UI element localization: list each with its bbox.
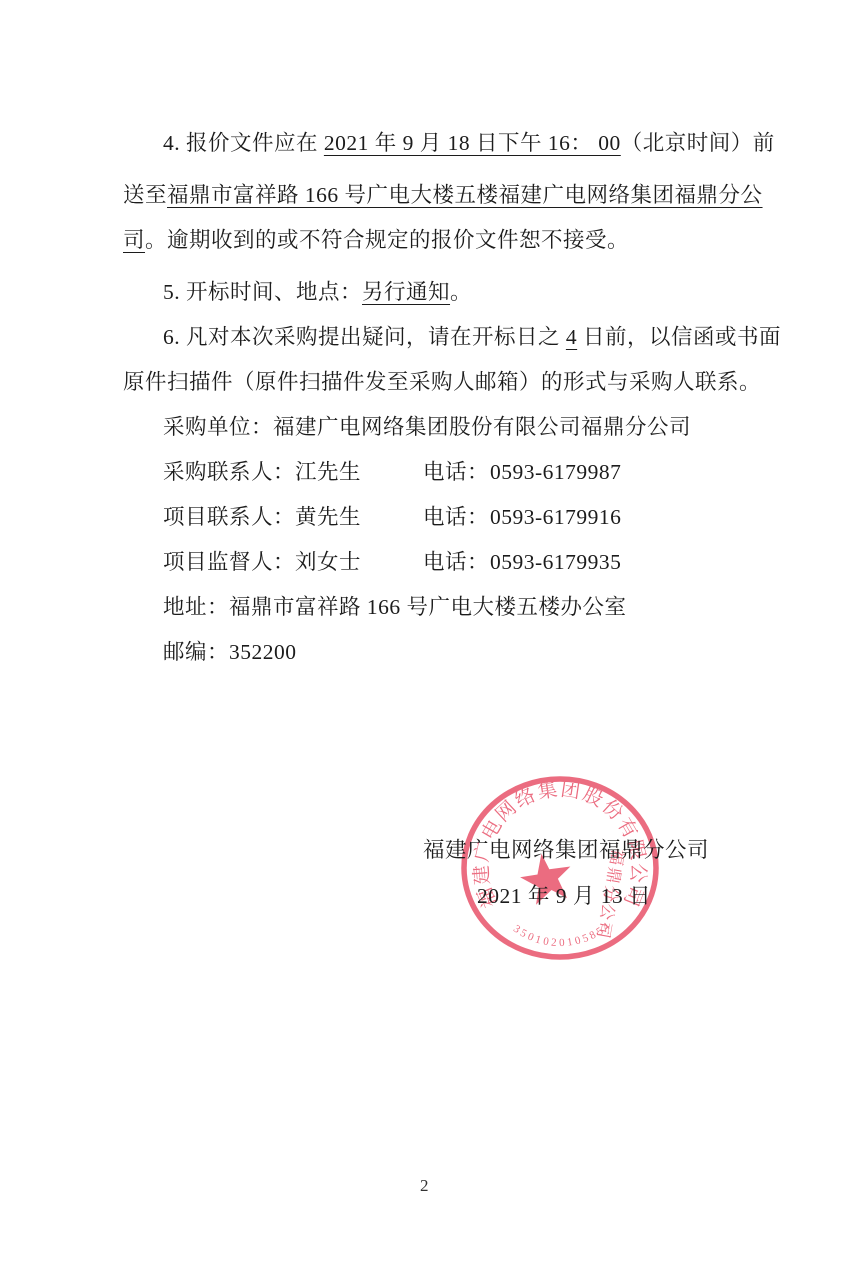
text-segment: 。	[450, 280, 472, 304]
doc-line: 4. 报价文件应在 2021 年 9 月 18 日下午 16： 00（北京时间）…	[123, 121, 729, 166]
doc-line: 项目监督人：刘女士电话：0593-6179935	[123, 540, 729, 585]
underlined-text: 福鼎市富祥路 166 号广电大楼五楼福建广电网络集团福鼎分公	[167, 183, 763, 207]
notice-body: 4. 报价文件应在 2021 年 9 月 18 日下午 16： 00（北京时间）…	[123, 121, 729, 675]
text-segment: 0593-6179916	[490, 495, 621, 540]
doc-line: 采购单位：福建广电网络集团股份有限公司福鼎分公司	[123, 405, 729, 450]
text-segment: 地址：福鼎市富祥路 166 号广电大楼五楼办公室	[163, 595, 627, 619]
text-segment: 日前，以信函或书面	[577, 325, 781, 349]
doc-line: 5. 开标时间、地点：另行通知。	[123, 270, 729, 315]
text-segment: 电话：	[423, 540, 489, 585]
page-number: 2	[420, 1176, 429, 1196]
signature-company: 福建广电网络集团福鼎分公司	[423, 833, 709, 864]
underlined-text: 4	[566, 325, 577, 349]
doc-line: 原件扫描件（原件扫描件发至采购人邮箱）的形式与采购人联系。	[123, 360, 729, 405]
underlined-text: 另行通知	[362, 280, 450, 304]
text-segment: 0593-6179987	[490, 450, 621, 495]
doc-line: 司。逾期收到的或不符合规定的报价文件恕不接受。	[123, 218, 729, 263]
document-page: 4. 报价文件应在 2021 年 9 月 18 日下午 16： 00（北京时间）…	[0, 0, 850, 1276]
doc-line: 邮编：352200	[123, 630, 729, 675]
text-segment: 电话：	[423, 495, 489, 540]
text-segment: 送至	[123, 183, 167, 207]
text-segment: 5. 开标时间、地点：	[163, 280, 362, 304]
text-segment: 采购单位：福建广电网络集团股份有限公司福鼎分公司	[163, 415, 691, 439]
signature-date: 2021 年 9 月 13 日	[477, 879, 651, 910]
doc-line: 6. 凡对本次采购提出疑问，请在开标日之 4 日前，以信函或书面	[123, 315, 729, 360]
text-segment: 。逾期收到的或不符合规定的报价文件恕不接受。	[145, 228, 629, 252]
text-segment: 项目监督人：刘女士	[163, 550, 361, 574]
text-segment: 项目联系人：黄先生	[163, 505, 361, 529]
doc-line: 送至福鼎市富祥路 166 号广电大楼五楼福建广电网络集团福鼎分公	[123, 173, 729, 218]
text-segment: 采购联系人：江先生	[163, 460, 361, 484]
underlined-text: 司	[123, 228, 145, 252]
underlined-text: 2021 年 9 月 18 日下午 16： 00	[324, 131, 621, 155]
company-seal-stamp: 福建广电网络集团股份有限公司 3501020105854 福鼎分公司	[450, 762, 670, 972]
doc-line: 地址：福鼎市富祥路 166 号广电大楼五楼办公室	[123, 585, 729, 630]
text-segment: 6. 凡对本次采购提出疑问，请在开标日之	[163, 325, 566, 349]
doc-line: 项目联系人：黄先生电话：0593-6179916	[123, 495, 729, 540]
text-segment: 邮编：352200	[163, 640, 297, 664]
text-segment: 0593-6179935	[490, 540, 621, 585]
doc-line: 采购联系人：江先生电话：0593-6179987	[123, 450, 729, 495]
text-segment: 电话：	[423, 450, 489, 495]
text-segment: （北京时间）前	[621, 131, 775, 155]
text-segment: 原件扫描件（原件扫描件发至采购人邮箱）的形式与采购人联系。	[123, 370, 761, 394]
text-segment: 4. 报价文件应在	[163, 131, 324, 155]
